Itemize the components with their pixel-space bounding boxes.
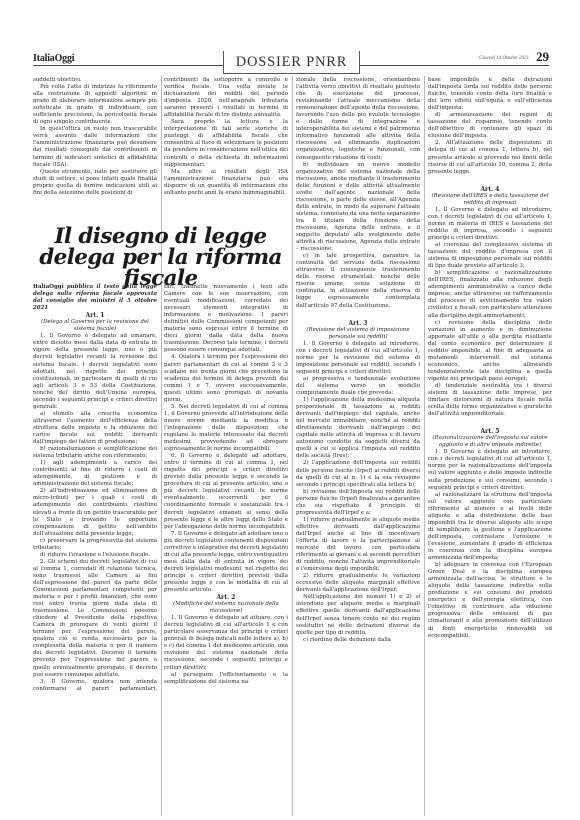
- paragraph: b) razionalizzazione e semplificazione d…: [33, 446, 157, 460]
- paragraph: 1. Il Governo è delegato ad attuare, con…: [164, 615, 288, 671]
- paragraph: 6. Il Governo è delegato ad adottare, en…: [164, 453, 288, 531]
- paragraph: a) progressiva e tendenziale evoluzione …: [296, 376, 420, 397]
- paragraph: 5. Nei decreti legislativi di cui al com…: [164, 404, 288, 453]
- article-3-subtitle: (Revisione del sistema di imposizione pe…: [296, 327, 420, 341]
- column-2-bottom: tari, trasmette nuovamente i testi alle …: [164, 284, 288, 686]
- paragraph: 1. Il Governo è delegato ad introdurre, …: [296, 341, 420, 376]
- paragraph: b) semplificazione e razionalizzazione d…: [428, 270, 552, 319]
- article-2-subtitle: (Modifiche del sistema nazionale della r…: [164, 601, 288, 615]
- paragraph: contribuenti da sottoporre a controllo e…: [164, 77, 288, 119]
- issue-date: Giovedì 14 Ottobre 2021: [479, 56, 529, 61]
- paragraph: c) in tale prospettiva, garantire la con…: [296, 253, 420, 309]
- paragraph: a) coerenza del complessivo sistema di t…: [428, 242, 552, 270]
- column-1-top: suddetti obiettivi. Più volte l'atto di …: [33, 77, 157, 197]
- paragraph: In quest'ottica un ruolo non trascurabil…: [33, 126, 157, 168]
- section-label: DOSSIER PNRR: [223, 51, 360, 74]
- paragraph: tari, trasmette nuovamente i testi alle …: [164, 284, 288, 354]
- paragraph: 7. Il Governo è delegato ad adottare uno…: [164, 531, 288, 594]
- paragraph: Più volte l'atto di indirizzo fa riferim…: [33, 84, 157, 126]
- paragraph: 2) l'applicazione dell'imposta sui reddi…: [296, 460, 420, 488]
- page-number: 29: [536, 49, 549, 65]
- paragraph: 2) all'individuazione ed eliminazione di…: [33, 488, 157, 537]
- article-4-subtitle: (Revisione dell'IRES e della tassazione …: [428, 193, 552, 207]
- column-2-top: contribuenti da sottoporre a controllo e…: [164, 77, 288, 197]
- masthead-rule-left: [33, 65, 223, 66]
- paragraph: 1) l'applicazione della medesima aliquot…: [296, 397, 420, 460]
- column-divider: [161, 76, 162, 816]
- paragraph: a) stimolo alla crescita economica attra…: [33, 411, 157, 446]
- lead-paragraph: ItaliaOggi pubblica il testo della legge…: [33, 284, 157, 312]
- paragraph: b) individuare un nuovo modello organizz…: [296, 162, 420, 254]
- paragraph: 2. All'attuazione delle disposizioni di …: [428, 140, 552, 175]
- article-3-title: Art. 3: [296, 320, 420, 327]
- paragraph: b) adeguare in coerenza con l'European G…: [428, 562, 552, 640]
- paragraph: c) revisione della disciplina delle vari…: [428, 320, 552, 383]
- paragraph: 4. Qualora i termini per l'espressione d…: [164, 354, 288, 403]
- paragraph: zionale della riscossione, orientandone …: [296, 77, 420, 162]
- paragraph: a) razionalizzare la struttura dell'impo…: [428, 492, 552, 562]
- column-divider: [424, 76, 425, 816]
- paragraph: c) riordino delle deduzioni dalla: [296, 637, 420, 644]
- paragraph: 1) agli adempimenti a carico dei contrib…: [33, 460, 157, 488]
- column-3: zionale della riscossione, orientandone …: [296, 77, 420, 644]
- paragraph: Questo strumento, nato per sostituire gl…: [33, 169, 157, 197]
- column-4: base imponibile e delle detrazioni dall'…: [428, 77, 552, 640]
- newspaper-logo: ItaliaOggi: [33, 53, 74, 64]
- paragraph: base imponibile e delle detrazioni dall'…: [428, 77, 552, 112]
- paragraph: c) preservare la progressività del siste…: [33, 538, 157, 552]
- paragraph: Nell'applicazione dei numeri 1) e 2) si …: [296, 594, 420, 636]
- paragraph: 1. Il Governo è delegato ad introdurre, …: [428, 207, 552, 242]
- section-title: DOSSIER PNRR: [236, 54, 348, 70]
- masthead-rule-right: [358, 65, 549, 66]
- paragraph: a) perseguire l'efficientamento e la sem…: [164, 672, 288, 686]
- paragraph: 1) ridurre gradualmente le aliquote medi…: [296, 517, 420, 573]
- paragraph: 3. Il Governo, qualora non intenda confo…: [33, 679, 157, 693]
- lead-prefix: ItaliaOggi: [33, 284, 64, 290]
- article-4-title: Art. 4: [428, 186, 552, 193]
- column-1-bottom: ItaliaOggi pubblica il testo della legge…: [33, 284, 157, 693]
- paragraph: 1. Il Governo è delegato ad emanare, ent…: [33, 333, 157, 411]
- article-1-subtitle: (Delega al Governo per la revisione del …: [33, 319, 157, 333]
- paragraph: suddetti obiettivi.: [33, 77, 157, 84]
- paragraph: 1. Il Governo è delegato ad introdurre, …: [428, 449, 552, 491]
- headline: Il disegno di legge delega per la riform…: [33, 226, 288, 289]
- paragraph: d) tendenziale neutralità tra i diversi …: [428, 383, 552, 418]
- article-5-subtitle: (Razionalizzazione dell'imposta sul valo…: [428, 435, 552, 449]
- paragraph: Sarà proprio la lettura e la interpretaz…: [164, 119, 288, 168]
- paragraph: Ma oltre ai risultati degli ISA l'ammini…: [164, 169, 288, 197]
- paragraph: d) ridurre l'evasione e l'elusione fisca…: [33, 552, 157, 559]
- column-divider: [292, 76, 293, 816]
- paragraph: 2) ridurre gradualmente le variazioni ec…: [296, 573, 420, 594]
- paragraph: d) armonizzazione dei regimi di tassazio…: [428, 112, 552, 140]
- masthead: ItaliaOggi DOSSIER PNRR Giovedì 14 Ottob…: [33, 48, 549, 70]
- paragraph: 2. Gli schemi dei decreti legislativi di…: [33, 559, 157, 679]
- paragraph: b) revisione dell'Imposta sui redditi de…: [296, 489, 420, 517]
